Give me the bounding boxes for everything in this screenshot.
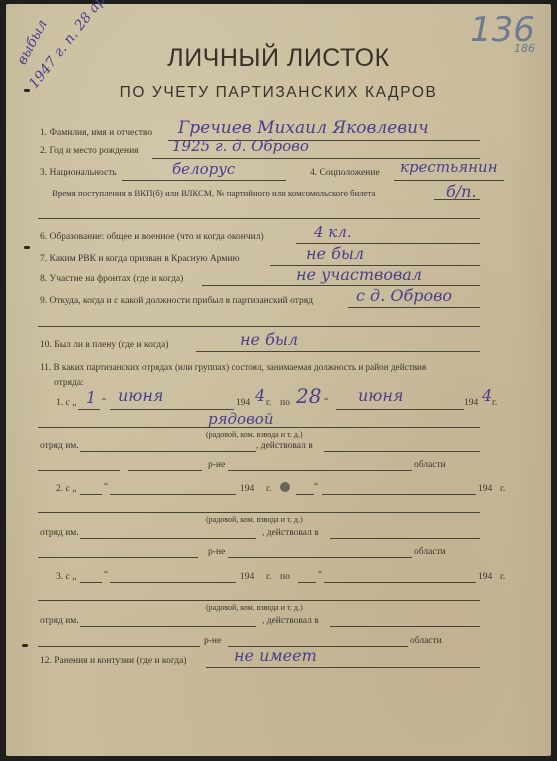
d1-po: по	[280, 398, 290, 408]
d3-year-prefix-2: 194	[478, 572, 492, 582]
d3-district-label: р-не	[204, 636, 221, 646]
d3-region-label: области	[410, 636, 442, 646]
label-nationality: 3. Национальность	[40, 168, 117, 178]
d2-line-month-from	[110, 494, 236, 495]
d2-operated-label: , действовал в	[262, 528, 319, 538]
d3-line-month-to	[324, 582, 476, 583]
d2-line-day-to	[296, 494, 314, 495]
label-birth: 2. Год и место рождения	[40, 146, 139, 156]
value-social-status[interactable]: крестьянин	[400, 158, 498, 176]
d3-line-area	[38, 646, 200, 647]
page-title: ЛИЧНЫЙ ЛИСТОК	[0, 44, 557, 73]
d2-line-area	[38, 557, 198, 558]
label-captivity: 10. Был ли в плену (где и когда)	[40, 340, 169, 350]
page-subtitle: ПО УЧЕТУ ПАРТИЗАНСКИХ КАДРОВ	[0, 84, 557, 102]
d1-line-detachment	[80, 451, 256, 452]
d2-line-operated	[330, 538, 480, 539]
d1-line-area	[38, 470, 120, 471]
d3-line-day-from	[80, 582, 102, 583]
d1-line-area-2	[128, 470, 202, 471]
d2-quote: “	[104, 482, 108, 492]
d1-day-from[interactable]: 1	[86, 388, 96, 407]
d2-g: г.	[266, 484, 271, 494]
line-wounds	[206, 667, 480, 668]
value-fronts[interactable]: не участвовал	[296, 265, 422, 284]
d3-g-2: г.	[500, 572, 505, 582]
d3-line-detachment	[80, 626, 256, 627]
line-captivity	[196, 351, 480, 352]
punch-mark	[22, 644, 28, 647]
label-fronts: 8. Участие на фронтах (где и когда)	[40, 274, 183, 284]
d3-year-prefix: 194	[240, 572, 254, 582]
d3-quote-2: “	[318, 570, 322, 580]
d3-line-day-to	[298, 582, 316, 583]
d2-region-label: области	[414, 547, 446, 557]
label-education: 6. Образование: общее и военное (что и к…	[40, 232, 264, 242]
d1-region-label: области	[414, 460, 446, 470]
punch-mark	[24, 246, 30, 249]
d1-g: г.	[266, 398, 271, 408]
document-sheet	[6, 4, 551, 756]
d2-year-prefix-2: 194	[478, 484, 492, 494]
d1-quote: “	[102, 397, 106, 407]
d1-day-to[interactable]: 28	[296, 384, 321, 408]
d3-quote: “	[104, 570, 108, 580]
line-nationality	[122, 180, 286, 181]
d3-line-operated	[330, 626, 480, 627]
d1-position[interactable]: рядовой	[208, 410, 274, 428]
label-detachments-2: отряда:	[54, 378, 84, 388]
d2-line-position	[38, 512, 480, 513]
d1-line-operated	[324, 451, 480, 452]
d3-line-position	[38, 600, 480, 601]
d1-line-month-to	[336, 409, 464, 410]
d1-position-hint: (радовой, ком. взвода и т. д.)	[206, 430, 303, 439]
d3-num: 3. с „	[56, 572, 76, 582]
value-conscription[interactable]: не был	[306, 244, 364, 263]
value-wounds[interactable]: не имеет	[234, 646, 317, 665]
d2-quote-2: “	[314, 482, 318, 492]
label-social-status: 4. Соцположение	[310, 168, 380, 178]
label-full-name: 1. Фамилия, имя и отчество	[40, 128, 152, 138]
d1-line-from	[78, 409, 100, 410]
d2-line-month-to	[322, 494, 476, 495]
line-arrival	[348, 307, 480, 308]
d1-g-2: г.	[492, 398, 497, 408]
d2-num: 2. с „	[56, 484, 76, 494]
d3-g: г.	[266, 572, 271, 582]
d2-district-label: р-не	[208, 547, 225, 557]
d1-quote-2: “	[324, 397, 328, 407]
d1-month-to[interactable]: июня	[358, 386, 404, 405]
d2-line-district	[228, 557, 412, 558]
d3-po: по	[280, 572, 290, 582]
d1-year-prefix: 194	[236, 398, 250, 408]
d1-year-to[interactable]: 4	[482, 386, 492, 405]
d2-g-2: г.	[500, 484, 505, 494]
d1-num: 1. с „	[56, 398, 76, 408]
d1-detachment-label: отряд им.	[40, 441, 79, 451]
d1-month-from[interactable]: июня	[118, 386, 164, 405]
d1-line-position	[38, 427, 480, 428]
d1-year-prefix-2: 194	[464, 398, 478, 408]
d1-line-district	[228, 470, 412, 471]
label-conscription: 7. Каким РВК и когда призван в Красную А…	[40, 254, 240, 264]
d1-year-from[interactable]: 4	[255, 386, 265, 405]
d1-district-label: р-не	[208, 460, 225, 470]
d3-operated-label: , действовал в	[262, 616, 319, 626]
d2-year-prefix: 194	[240, 484, 254, 494]
d3-position-hint: (радовой, ком. взвода и т. д.)	[206, 603, 303, 612]
d2-position-hint: (радовой, ком. взвода и т. д.)	[206, 515, 303, 524]
value-nationality[interactable]: белорус	[172, 160, 235, 178]
value-captivity[interactable]: не был	[240, 330, 298, 349]
ink-stain	[280, 482, 290, 492]
line-arrival-2	[38, 326, 480, 327]
d2-line-day-from	[80, 494, 102, 495]
d2-detachment-label: отряд им.	[40, 528, 79, 538]
label-wounds: 12. Ранения и контузии (где и когда)	[40, 656, 186, 666]
value-arrival[interactable]: с д. Оброво	[356, 286, 452, 305]
d3-line-month-from	[110, 582, 236, 583]
value-birth[interactable]: 1925 г. д. Оброво	[172, 137, 309, 155]
line-party-2	[38, 218, 480, 219]
value-party[interactable]: б/п.	[446, 182, 477, 201]
label-party: Время поступления в ВКП(б) или ВЛКСМ, № …	[52, 188, 376, 198]
d1-operated-label: , действовал в	[256, 441, 313, 451]
label-arrival: 9. Откуда, когда и с какой должности при…	[40, 296, 313, 306]
label-detachments: 11. В каких партизанских отрядах (или гр…	[40, 362, 426, 372]
d2-line-detachment	[80, 538, 256, 539]
value-education[interactable]: 4 кл.	[314, 223, 352, 241]
value-full-name[interactable]: Гречиев Михаил Яковлевич	[178, 118, 429, 138]
line-social-status	[394, 180, 504, 181]
d3-detachment-label: отряд им.	[40, 616, 79, 626]
